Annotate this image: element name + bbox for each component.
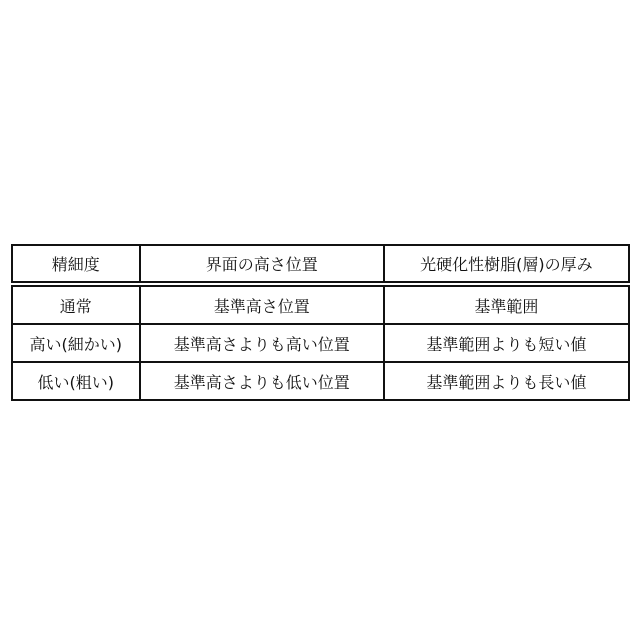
table-row: 高い(細かい) 基準高さよりも高い位置 基準範囲よりも短い値 bbox=[12, 324, 629, 362]
cell-interface-height: 基準高さよりも低い位置 bbox=[140, 362, 384, 400]
cell-resolution: 高い(細かい) bbox=[12, 324, 140, 362]
header-resolution: 精細度 bbox=[12, 245, 140, 284]
cell-resolution: 通常 bbox=[12, 284, 140, 324]
cell-resin-thickness: 基準範囲よりも短い値 bbox=[384, 324, 629, 362]
cell-resolution: 低い(粗い) bbox=[12, 362, 140, 400]
cell-resin-thickness: 基準範囲よりも長い値 bbox=[384, 362, 629, 400]
resolution-table: 精細度 界面の高さ位置 光硬化性樹脂(層)の厚み 通常 基準高さ位置 基準範囲 … bbox=[11, 244, 630, 401]
page: 精細度 界面の高さ位置 光硬化性樹脂(層)の厚み 通常 基準高さ位置 基準範囲 … bbox=[0, 0, 640, 640]
table-header-row: 精細度 界面の高さ位置 光硬化性樹脂(層)の厚み bbox=[12, 245, 629, 284]
table-row: 通常 基準高さ位置 基準範囲 bbox=[12, 284, 629, 324]
header-interface-height: 界面の高さ位置 bbox=[140, 245, 384, 284]
table-row: 低い(粗い) 基準高さよりも低い位置 基準範囲よりも長い値 bbox=[12, 362, 629, 400]
cell-resin-thickness: 基準範囲 bbox=[384, 284, 629, 324]
header-resin-thickness: 光硬化性樹脂(層)の厚み bbox=[384, 245, 629, 284]
cell-interface-height: 基準高さ位置 bbox=[140, 284, 384, 324]
cell-interface-height: 基準高さよりも高い位置 bbox=[140, 324, 384, 362]
